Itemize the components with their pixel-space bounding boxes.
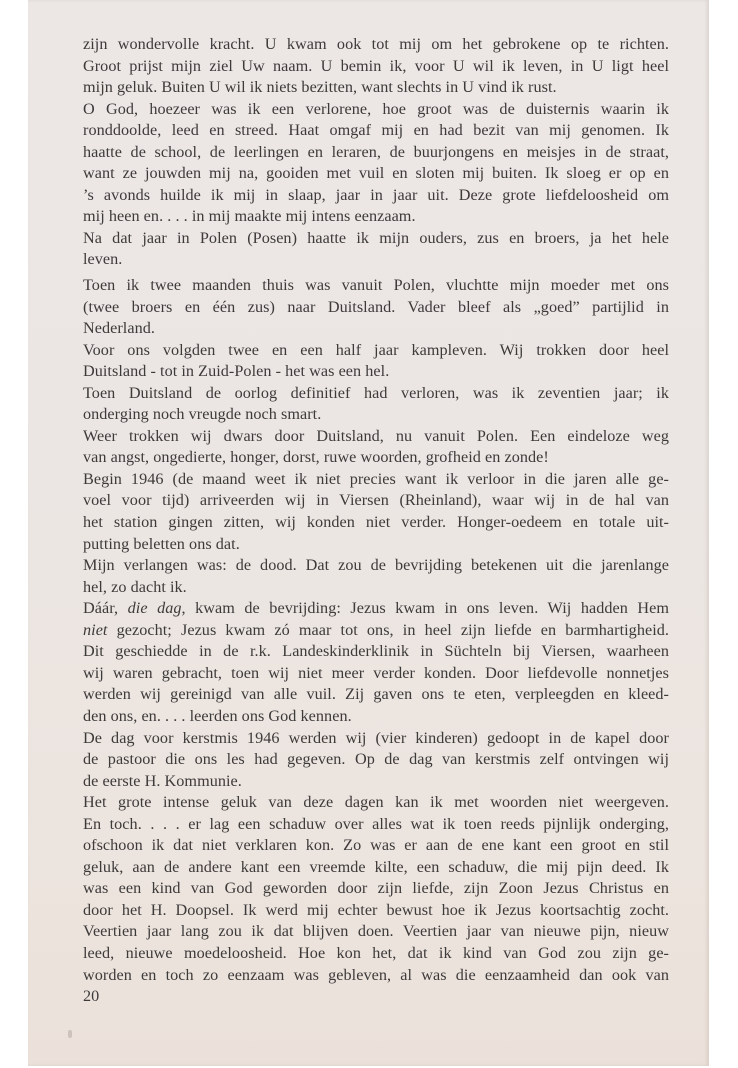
text-line: Mijn verlangen was: de dood. Dat zou de … xyxy=(83,555,669,577)
text-line: het station gingen zitten, wij konden ni… xyxy=(83,512,669,534)
text-line: voel voor tijd) arriveerden wij in Viers… xyxy=(83,490,669,512)
text-line: door het H. Doopsel. Ik werd mij echter … xyxy=(83,900,669,922)
paragraph: Na dat jaar in Polen (Posen) haatte ik m… xyxy=(83,228,669,271)
text-line: worden en toch zo eenzaam was gebleven, … xyxy=(83,965,669,987)
text-line: leed, nieuwe moedeloosheid. Hoe kon het,… xyxy=(83,943,669,965)
paragraph: Begin 1946 (de maand weet ik niet precie… xyxy=(83,469,669,555)
text-line: Veertien jaar lang zou ik dat blijven do… xyxy=(83,921,669,943)
paragraph: Toen Duitsland de oorlog definitief had … xyxy=(83,383,669,426)
book-page: zijn wondervolle kracht. U kwam ook tot … xyxy=(28,0,709,1066)
paragraph: Weer trokken wij dwars door Duitsland, n… xyxy=(83,426,669,469)
text-run: gezocht; Jezus kwam zó maar tot ons, in … xyxy=(107,621,669,639)
italic-emphasis: niet xyxy=(83,621,107,639)
text-line: was een kind van God geworden door zijn … xyxy=(83,878,669,900)
text-line: geluk, aan de andere kant een vreemde ki… xyxy=(83,857,669,879)
text-line: ronddoolde, leed en streed. Haat omgaf m… xyxy=(83,120,669,142)
text-line: De dag voor kerstmis 1946 werden wij (vi… xyxy=(83,728,669,750)
text-line: werden wij gereinigd van alle vuil. Zij … xyxy=(83,684,669,706)
paragraph: zijn wondervolle kracht. U kwam ook tot … xyxy=(83,34,669,99)
text-line: Na dat jaar in Polen (Posen) haatte ik m… xyxy=(83,228,669,250)
paragraph: Dáár, die dag, kwam de bevrijding: Jezus… xyxy=(83,598,669,727)
text-line: Duitsland - tot in Zuid-Polen - het was … xyxy=(83,361,669,383)
text-line: Nederland. xyxy=(83,318,669,340)
text-line: mij heen en. . . . in mij maakte mij int… xyxy=(83,206,669,228)
text-line: putting beletten ons dat. xyxy=(83,534,669,556)
text-line: Begin 1946 (de maand weet ik niet precie… xyxy=(83,469,669,491)
text-line: niet gezocht; Jezus kwam zó maar tot ons… xyxy=(83,620,669,642)
page-body-text: zijn wondervolle kracht. U kwam ook tot … xyxy=(83,34,669,1008)
text-line: Weer trokken wij dwars door Duitsland, n… xyxy=(83,426,669,448)
text-line: hel, zo dacht ik. xyxy=(83,577,669,599)
text-line: Groot prijst mijn ziel Uw naam. U bemin … xyxy=(83,56,669,78)
page-number: 20 xyxy=(83,986,669,1008)
text-line: ’s avonds huilde ik mij in slaap, jaar i… xyxy=(83,185,669,207)
text-line: de eerste H. Kommunie. xyxy=(83,771,669,793)
text-line: den ons, en. . . . leerden ons God kenne… xyxy=(83,706,669,728)
text-line: ofschoon ik dat niet verklaren kon. Zo w… xyxy=(83,835,669,857)
text-line: En toch. . . . er lag een schaduw over a… xyxy=(83,814,669,836)
paragraph: O God, hoezeer was ik een verlorene, hoe… xyxy=(83,99,669,228)
text-run: Dáár, xyxy=(83,599,128,617)
text-line: de pastoor die ons les had gegeven. Op d… xyxy=(83,749,669,771)
paragraph: Toen ik twee maanden thuis was vanuit Po… xyxy=(83,275,669,340)
text-line: leven. xyxy=(83,249,669,271)
italic-emphasis: die dag xyxy=(128,599,182,617)
text-line: mijn geluk. Buiten U wil ik niets bezitt… xyxy=(83,77,669,99)
text-line: want ze jouwden mij na, gooiden met vuil… xyxy=(83,163,669,185)
text-line: Dáár, die dag, kwam de bevrijding: Jezus… xyxy=(83,598,669,620)
text-line: O God, hoezeer was ik een verlorene, hoe… xyxy=(83,99,669,121)
text-line: (twee broers en één zus) naar Duitsland.… xyxy=(83,297,669,319)
text-line: Dit geschiedde in de r.k. Landeskinderkl… xyxy=(83,641,669,663)
text-line: Het grote intense geluk van deze dagen k… xyxy=(83,792,669,814)
paragraph: De dag voor kerstmis 1946 werden wij (vi… xyxy=(83,728,669,793)
page-smudge-mark xyxy=(68,1030,72,1038)
text-line: haatte de school, de leerlingen en lerar… xyxy=(83,142,669,164)
paragraph: Voor ons volgden twee en een half jaar k… xyxy=(83,340,669,383)
text-line: wij waren gebracht, toen wij niet meer v… xyxy=(83,663,669,685)
text-line: onderging noch vreugde noch smart. xyxy=(83,404,669,426)
text-line: Toen ik twee maanden thuis was vanuit Po… xyxy=(83,275,669,297)
text-line: van angst, ongedierte, honger, dorst, ru… xyxy=(83,447,669,469)
text-line: zijn wondervolle kracht. U kwam ook tot … xyxy=(83,34,669,56)
paragraph: Het grote intense geluk van deze dagen k… xyxy=(83,792,669,986)
text-line: Toen Duitsland de oorlog definitief had … xyxy=(83,383,669,405)
text-run: , kwam de bevrijding: Jezus kwam in ons … xyxy=(182,599,669,617)
paragraph: Mijn verlangen was: de dood. Dat zou de … xyxy=(83,555,669,598)
text-line: Voor ons volgden twee en een half jaar k… xyxy=(83,340,669,362)
